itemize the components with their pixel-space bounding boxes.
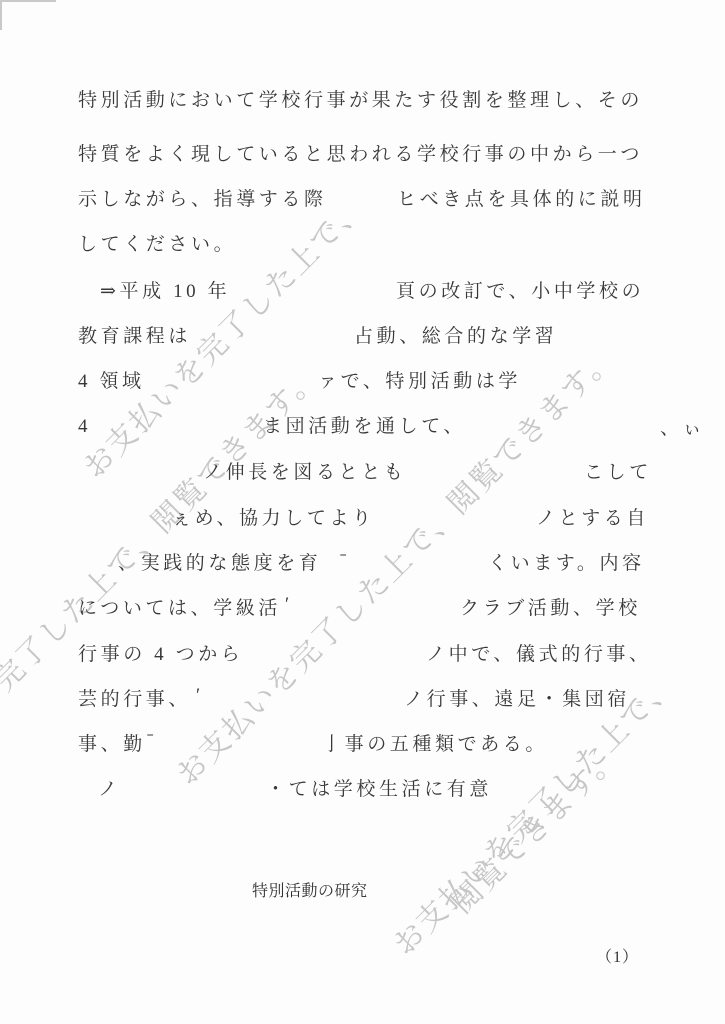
body-text-segment: 頁の改訂で、小中学校の — [396, 281, 644, 303]
body-text-segment: 亅事の五種類である。 — [322, 734, 548, 756]
body-text-segment: クラブ活動、学校 — [460, 598, 641, 620]
body-text-segment: 芸的行事、 — [78, 689, 191, 711]
body-text-segment: 、ぃ — [660, 418, 705, 440]
body-text-segment: ぇめ、協力してより — [172, 508, 375, 530]
body-text-segment: ˉ — [340, 550, 350, 572]
body-text-segment: ・ては学校生活に有意 — [266, 779, 492, 801]
body-text-segment: ˉ — [147, 730, 157, 752]
body-text-segment: ノ行事、遠足・集団宿 — [404, 689, 630, 711]
body-text-segment: ヒべき点を具体的に説明 — [397, 189, 646, 211]
body-text-segment: 4 — [78, 416, 91, 438]
body-text-segment: 教育課程は — [78, 326, 191, 348]
footer-title: 特別活動の研究 — [252, 878, 368, 901]
watermark-text: 閲覧できます。 — [447, 741, 625, 919]
body-text-segment: ァで、特別活動は学 — [318, 371, 521, 393]
body-text-segment: ノ中で、儀式的行事、 — [426, 644, 652, 666]
page-number: （1） — [596, 944, 639, 967]
body-text-segment: については、学級活 — [78, 598, 281, 620]
body-text-segment: ′ — [285, 594, 293, 616]
scan-edge-artifact-left — [0, 0, 2, 30]
body-text-segment: 示しながら、指導する際 — [78, 189, 327, 211]
body-text-segment: してください。 — [78, 234, 236, 256]
scan-edge-artifact-top — [0, 0, 56, 2]
body-text-segment: ま団活動を通して、 — [263, 416, 466, 438]
body-text-segment: 行事の 4 つから — [78, 644, 243, 666]
body-text-segment: ノ — [98, 779, 121, 801]
body-text-segment: 特質をよく現していると思われる学校行事の中から一つ — [78, 144, 643, 166]
body-text-segment: ノとする自 — [536, 508, 649, 530]
body-text-segment: くいます。内容 — [488, 553, 645, 575]
body-text-segment: ⇒平成 10 年 — [100, 281, 230, 303]
body-text-segment: ノ伸長を図るととも — [203, 462, 406, 484]
scanned-document-page: お支払いを完了した上で、お支払いを完了した上で、閲覧できます。お支払いを完了した… — [0, 0, 725, 1024]
body-text-segment: 事、勤 — [78, 734, 146, 756]
body-text-segment: 特別活動において学校行事が果たす役割を整理し、その — [78, 90, 643, 112]
body-text-segment: 4 領域 — [78, 371, 145, 393]
body-text-segment: ′ — [196, 685, 204, 707]
body-text-segment: 占動、総合的な学習 — [354, 326, 557, 348]
body-text-segment: 、実践的な態度を育 — [118, 553, 321, 575]
body-text-segment: こして — [584, 462, 652, 484]
